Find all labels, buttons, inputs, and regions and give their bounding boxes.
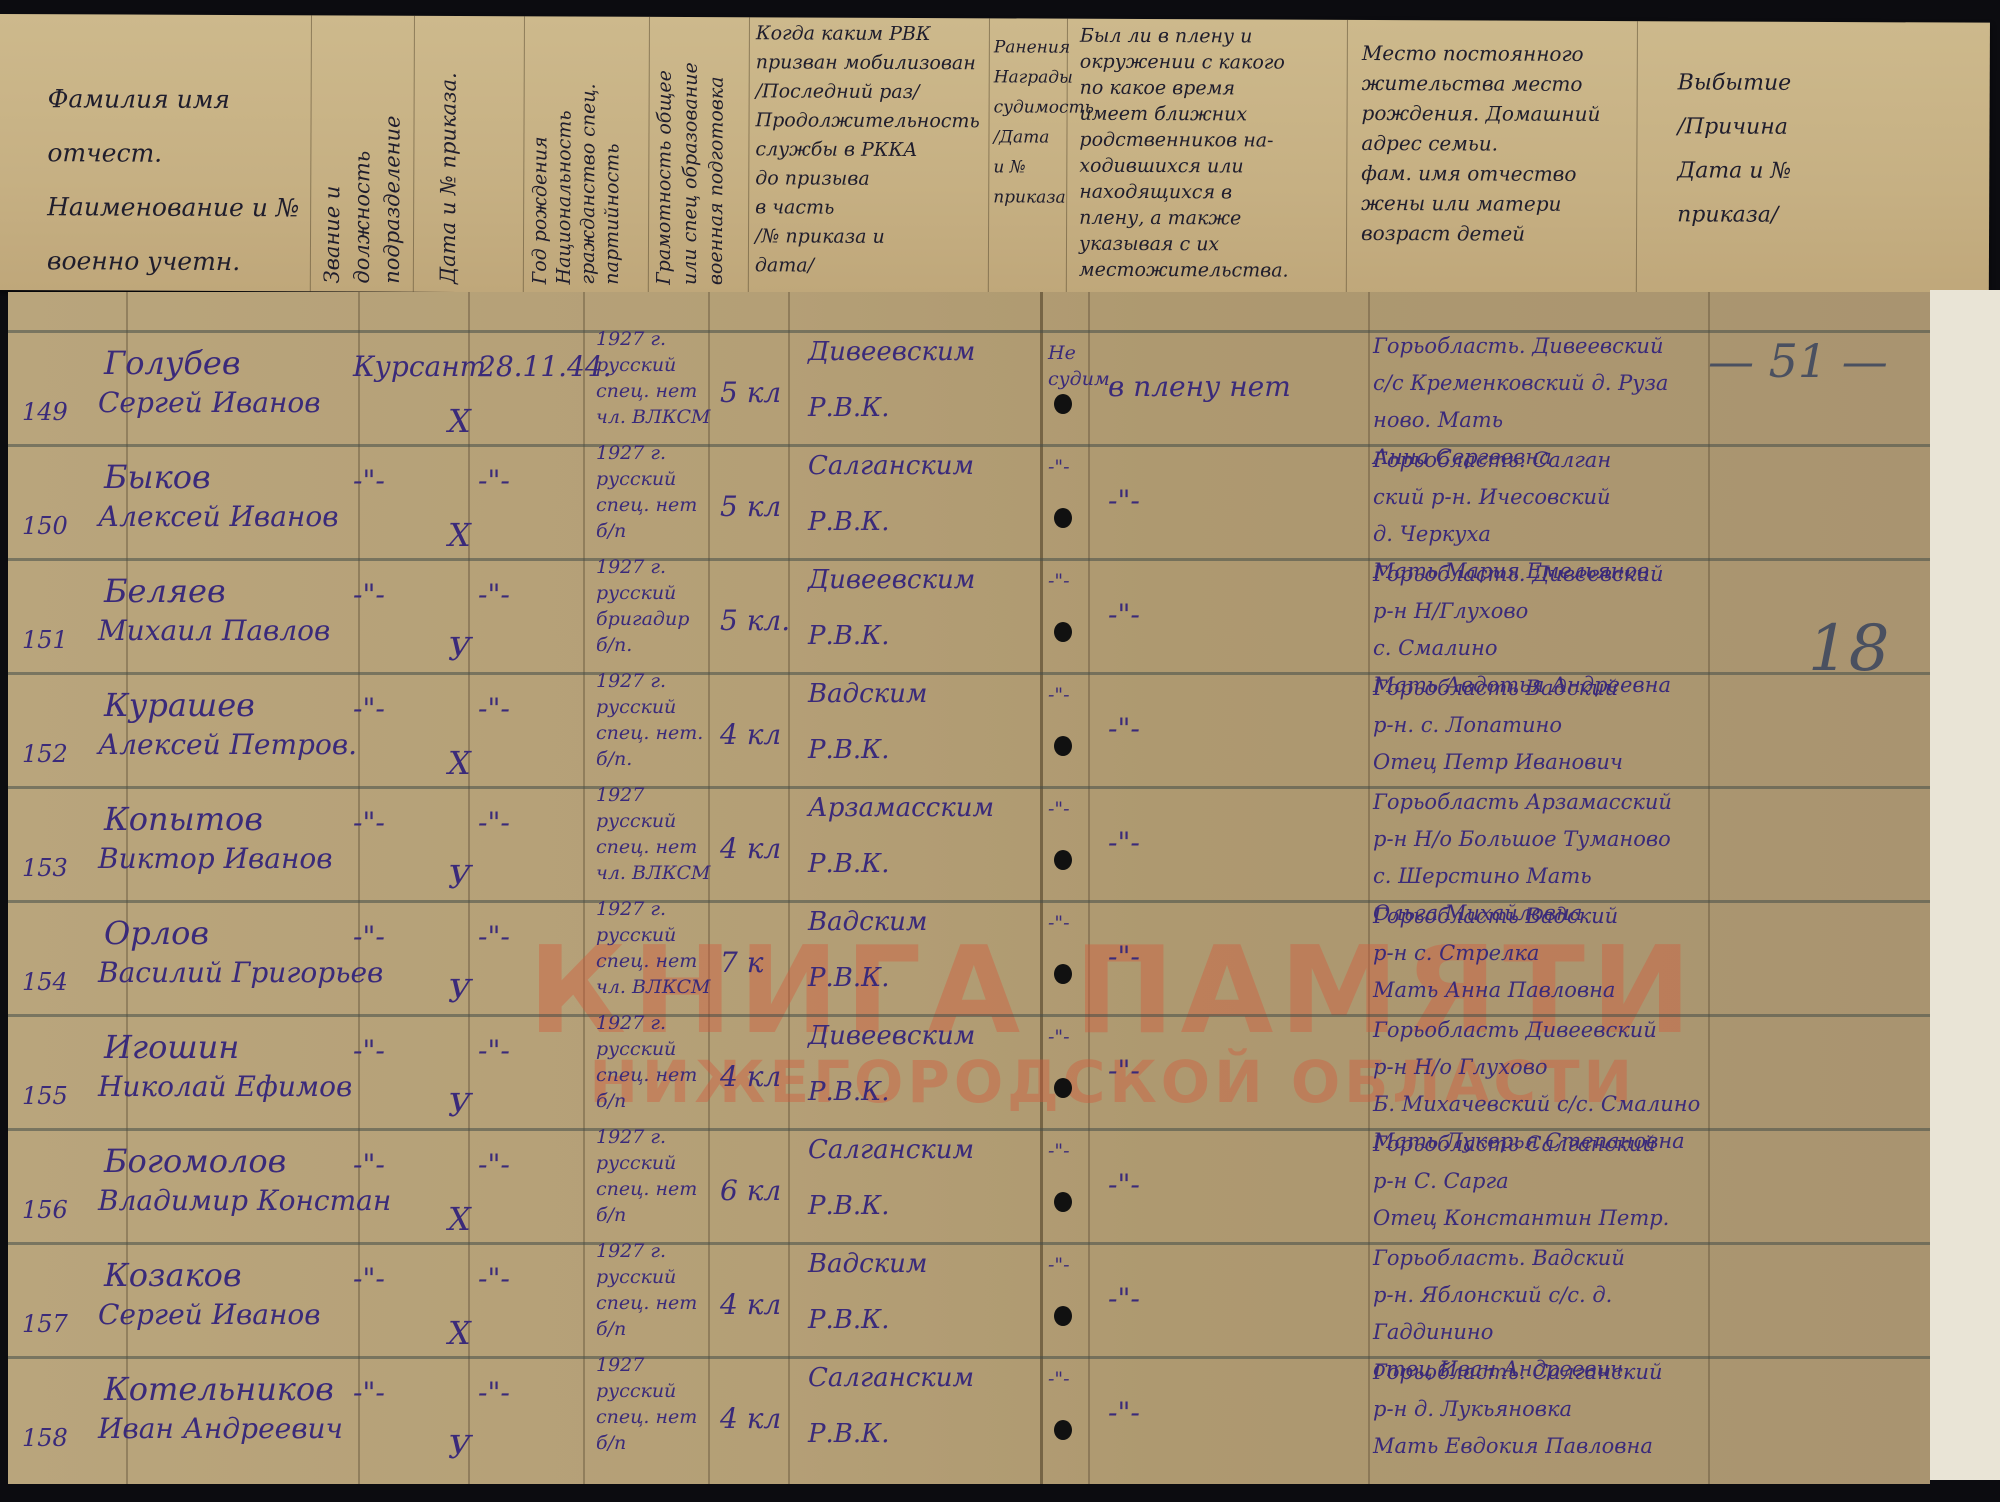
backing-sheet — [1930, 290, 2000, 1480]
record-rvk: Дивеевским Р.В.К. — [808, 1008, 975, 1120]
header-col-order: Дата и № приказа. — [414, 16, 525, 292]
record-check-mark: У — [448, 1428, 471, 1466]
record-given-name: Виктор Иванов — [98, 842, 333, 875]
record-check-mark: У — [448, 972, 471, 1010]
record-captivity: -"- — [1108, 1396, 1140, 1429]
header-rvk-label: Когда каким РВК призван мобилизован /Пос… — [755, 19, 980, 281]
column-header-strip: Фамилия имя отчест. Наименование и № вое… — [0, 14, 1990, 299]
header-col-name: Фамилия имя отчест. Наименование и № вое… — [39, 14, 312, 291]
record-number: 152 — [22, 740, 68, 768]
record-order-date: -"- — [478, 578, 510, 611]
punch-hole — [1054, 622, 1072, 642]
record-rvk: Вадским Р.В.К. — [808, 666, 927, 778]
punch-hole — [1054, 1420, 1072, 1440]
record-rvk: Вадским Р.В.К. — [808, 1236, 927, 1348]
record-number: 154 — [22, 968, 68, 996]
record-captivity: -"- — [1108, 826, 1140, 859]
record-education: 5 кл. — [720, 604, 790, 637]
record-given-name: Алексей Петров. — [98, 728, 357, 761]
record-order-date: -"- — [478, 806, 510, 839]
record-rvk: Салганским Р.В.К. — [808, 1350, 974, 1462]
record-captivity: -"- — [1108, 940, 1140, 973]
record-captivity: в плену нет — [1108, 370, 1291, 403]
record-rank: -"- — [353, 692, 385, 725]
margin-note-count: 18 — [1808, 612, 1889, 686]
record-number: 150 — [22, 512, 68, 540]
record-number: 158 — [22, 1424, 68, 1452]
punch-hole — [1054, 394, 1072, 414]
record-given-name: Василий Григорьев — [98, 956, 383, 989]
record-check-mark: У — [448, 630, 471, 668]
header-col-captivity: Был ли в плену и окружении с какого по к… — [1067, 19, 1348, 296]
record-education: 7 к — [720, 946, 763, 979]
record-given-name: Иван Андреевич — [98, 1412, 343, 1445]
record-order-date: -"- — [478, 920, 510, 953]
record-number: 155 — [22, 1082, 68, 1110]
record-education: 4 кл — [720, 1060, 781, 1093]
header-edu-label: Грамотность общее или спец образование в… — [651, 35, 730, 285]
record-birth-nationality: 1927 г. русский спец. нет чл. ВЛКСМ — [596, 326, 711, 430]
record-given-name: Алексей Иванов — [98, 500, 339, 533]
record-birth-nationality: 1927 г. русский спец. нет б/п — [596, 1010, 697, 1114]
record-rank: -"- — [353, 464, 385, 497]
record-captivity: -"- — [1108, 1282, 1140, 1315]
punch-hole — [1054, 736, 1072, 756]
record-captivity: -"- — [1108, 1054, 1140, 1087]
record-education: 4 кл — [720, 1402, 781, 1435]
record-awards: -"- — [1048, 1252, 1070, 1278]
punch-hole — [1054, 1306, 1072, 1326]
record-education: 6 кл — [720, 1174, 781, 1207]
record-rank: -"- — [353, 806, 385, 839]
header-col-address: Место постоянного жительства место рожде… — [1347, 20, 1638, 297]
record-rank: -"- — [353, 1376, 385, 1409]
record-education: 4 кл — [720, 1288, 781, 1321]
record-surname: Богомолов — [104, 1142, 286, 1180]
record-rank: -"- — [353, 1034, 385, 1067]
record-birth-nationality: 1927 г. русский спец. нет б/п — [596, 1124, 697, 1228]
header-col-departure: Выбытие /Причина Дата и № приказа/ — [1637, 21, 1990, 299]
header-order-label: Дата и № приказа. — [428, 54, 469, 284]
record-given-name: Михаил Павлов — [98, 614, 330, 647]
record-surname: Орлов — [104, 914, 209, 952]
record-education: 4 кл — [720, 832, 781, 865]
header-address-label: Место постоянного жительства место рожде… — [1361, 38, 1601, 249]
record-rank: -"- — [353, 920, 385, 953]
record-surname: Быков — [104, 458, 211, 496]
record-birth-nationality: 1927 г. русский спец. нет б/п — [596, 440, 697, 544]
record-captivity: -"- — [1108, 484, 1140, 517]
record-rank: Курсант — [353, 350, 486, 383]
record-awards: -"- — [1048, 1024, 1070, 1050]
header-col-edu: Грамотность общее или спец образование в… — [649, 17, 750, 293]
record-surname: Игошин — [104, 1028, 239, 1066]
record-rvk: Салганским Р.В.К. — [808, 438, 974, 550]
record-rvk: Вадским Р.В.К. — [808, 894, 927, 1006]
record-surname: Копытов — [104, 800, 263, 838]
record-awards: -"- — [1048, 1138, 1070, 1164]
record-awards: -"- — [1048, 910, 1070, 936]
punch-hole — [1054, 508, 1072, 528]
record-address: Горьобласть Вадский р-н. с. Лопатино Оте… — [1373, 670, 1623, 781]
record-surname: Голубев — [104, 344, 240, 382]
record-check-mark: Х — [448, 744, 471, 782]
record-education: 4 кл — [720, 718, 781, 751]
record-awards: -"- — [1048, 682, 1070, 708]
record-surname: Курашев — [104, 686, 255, 724]
record-number: 153 — [22, 854, 68, 882]
record-order-date: -"- — [478, 1148, 510, 1181]
page-fold — [1040, 292, 1043, 1502]
record-birth-nationality: 1927 русский спец. нет б/п — [596, 1352, 697, 1456]
record-awards: -"- — [1048, 796, 1070, 822]
register-page: КНИГА ПАМЯТИ НИЖЕГОРОДСКОЙ ОБЛАСТИ 149 Г… — [8, 292, 1930, 1502]
punch-hole — [1054, 1078, 1072, 1098]
record-rvk: Арзамасским Р.В.К. — [808, 780, 994, 892]
record-check-mark: У — [448, 1086, 471, 1124]
record-check-mark: Х — [448, 516, 471, 554]
record-captivity: -"- — [1108, 712, 1140, 745]
record-order-date: -"- — [478, 464, 510, 497]
record-education: 5 кл — [720, 490, 781, 523]
record-rank: -"- — [353, 578, 385, 611]
record-surname: Котельников — [104, 1370, 334, 1408]
record-check-mark: Х — [448, 1200, 471, 1238]
record-rvk: Салганским Р.В.К. — [808, 1122, 974, 1234]
record-order-date: -"- — [478, 692, 510, 725]
record-awards: -"- — [1048, 568, 1070, 594]
record-rvk: Дивеевским Р.В.К. — [808, 324, 975, 436]
record-rank: -"- — [353, 1148, 385, 1181]
header-col-rank: Звание и должность подразделение — [311, 15, 415, 291]
record-number: 157 — [22, 1310, 68, 1338]
punch-hole — [1054, 1192, 1072, 1212]
record-birth-nationality: 1927 г. русский спец. нет б/п — [596, 1238, 697, 1342]
record-surname: Козаков — [104, 1256, 242, 1294]
record-number: 156 — [22, 1196, 68, 1224]
header-captivity-label: Был ли в плену и окружении с какого по к… — [1079, 23, 1290, 284]
record-birth-nationality: 1927 г. русский бригадир б/п. — [596, 554, 689, 658]
record-education: 5 кл — [720, 376, 781, 409]
record-birth-nationality: 1927 г. русский спец. нет чл. ВЛКСМ — [596, 896, 711, 1000]
record-number: 151 — [22, 626, 68, 654]
header-departure-label: Выбытие /Причина Дата и № приказа/ — [1677, 61, 1792, 237]
record-birth-nationality: 1927 русский спец. нет чл. ВЛКСМ — [596, 782, 711, 886]
record-rvk: Дивеевским Р.В.К. — [808, 552, 975, 664]
record-rank: -"- — [353, 1262, 385, 1295]
record-awards: -"- — [1048, 1366, 1070, 1392]
record-check-mark: Х — [448, 402, 471, 440]
record-order-date: -"- — [478, 1034, 510, 1067]
record-order-date: 28.11.44. — [478, 350, 612, 383]
record-check-mark: У — [448, 858, 471, 896]
record-order-date: -"- — [478, 1262, 510, 1295]
header-rank-label: Звание и должность подразделение — [317, 53, 408, 283]
margin-note-page-number: — 51 — — [1708, 334, 1888, 388]
record-check-mark: Х — [448, 1314, 471, 1352]
header-col-rvk: Когда каким РВК призван мобилизован /Пос… — [749, 17, 990, 294]
record-given-name: Сергей Иванов — [98, 1298, 321, 1331]
record-awards: -"- — [1048, 454, 1070, 480]
header-col-awards: Ранения Награды судимость /Дата и № прик… — [989, 18, 1068, 294]
punch-hole — [1054, 964, 1072, 984]
record-birth-nationality: 1927 г. русский спец. нет. б/п. — [596, 668, 703, 772]
record-given-name: Сергей Иванов — [98, 386, 321, 419]
punch-hole — [1054, 850, 1072, 870]
header-col-birth: Год рождения Национальность гражданство … — [524, 16, 650, 293]
record-address: Горьобласть Вадский р-н с. Стрелка Мать … — [1373, 898, 1618, 1009]
record-given-name: Николай Ефимов — [98, 1070, 352, 1103]
record-awards: Не судим — [1048, 340, 1110, 392]
record-given-name: Владимир Констан — [98, 1184, 391, 1217]
record-captivity: -"- — [1108, 1168, 1140, 1201]
record-address: Горьобласть Салганский р-н С. Сарга Отец… — [1373, 1126, 1669, 1237]
header-birth-label: Год рождения Национальность гражданство … — [528, 54, 625, 284]
record-order-date: -"- — [478, 1376, 510, 1409]
record-captivity: -"- — [1108, 598, 1140, 631]
record-number: 149 — [22, 398, 68, 426]
record-address: Горьобласть. Салганский р-н д. Лукьяновк… — [1373, 1354, 1663, 1465]
record-surname: Беляев — [104, 572, 226, 610]
